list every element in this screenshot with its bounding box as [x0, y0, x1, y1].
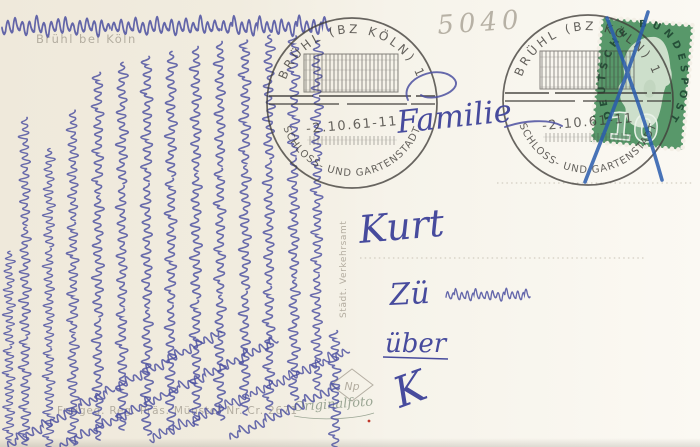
address-line-5: K — [386, 360, 436, 418]
printed-divider-credit: Städt. Verkehrsamt — [339, 220, 349, 318]
address-line-2: Kurt — [356, 201, 447, 252]
address-line-3: Zü — [388, 276, 431, 313]
red-dot — [368, 420, 371, 423]
printed-caption: Brühl bei Köln — [36, 32, 137, 46]
address-line-4: über — [385, 329, 448, 359]
pencil-postal-code: 5040 — [436, 5, 524, 41]
publisher-monogram: Np — [344, 380, 359, 393]
postmark-left-date: -2.10.61-11 — [306, 114, 399, 137]
printed-approval-line: Freigeg. Reg. Präs. Münster Nr. Cr. 2671 — [57, 405, 298, 417]
postcard-scan: Brühl bei Köln Städt. Verkehrsamt Freige… — [0, 0, 700, 447]
handwritten-message-lines — [2, 16, 351, 447]
address-line-1: Familie — [394, 93, 514, 141]
postcard-layers: Brühl bei Köln Städt. Verkehrsamt Freige… — [0, 0, 700, 447]
